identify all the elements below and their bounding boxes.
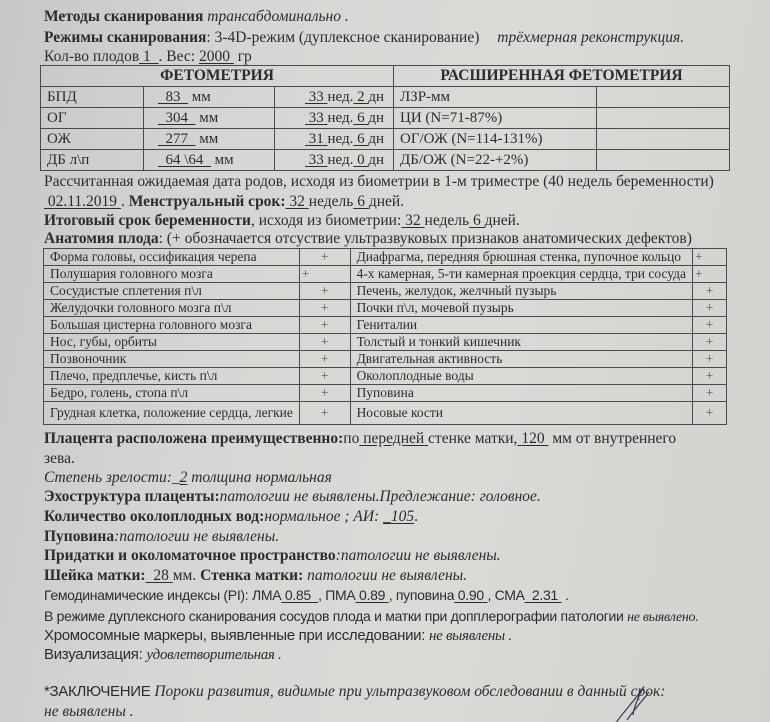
adnexa-line: Придатки и околоматочное пространство:па… xyxy=(44,547,501,565)
anatomy-row: Сосудистые сплетения п\л+Печень, желудок… xyxy=(44,283,727,300)
anatomy-right-mark: + xyxy=(693,317,727,334)
placenta-line: Плацента расположена преимущественно:по … xyxy=(44,430,676,448)
anatomy-right-item: Диафрагма, передняя брюшная стенка, пупо… xyxy=(350,249,692,266)
chromosomal-line: Хромосомные маркеры, выявленные при иссл… xyxy=(44,627,512,645)
param-label: БПД xyxy=(41,87,144,108)
ext-param-value xyxy=(597,129,730,150)
anatomy-row: Бедро, голень, стопа п\л+Пуповина+ xyxy=(44,385,727,402)
param-label: ОЖ xyxy=(41,129,144,150)
param-value: 304 мм xyxy=(144,108,275,129)
anatomy-right-mark: + xyxy=(693,334,727,351)
anatomy-left-item: Бедро, голень, стопа п\л xyxy=(44,385,300,402)
param-term: 33 нед. 0 дн xyxy=(275,150,394,171)
ext-param-label: ЛЗР-мм xyxy=(394,87,597,108)
anatomy-left-mark: + xyxy=(299,283,350,300)
param-label: ДБ л\п xyxy=(41,150,144,171)
ext-param-label: ДБ/ОЖ (N=22-+2%) xyxy=(394,150,597,171)
anatomy-row: Грудная клетка, положение сердца, легкие… xyxy=(44,402,727,425)
anatomy-right-item: Носовые кости xyxy=(350,402,692,425)
anatomy-left-item: Плечо, предплечье, кисть п\л xyxy=(44,368,300,385)
fetometry-row: ОГ 304 мм 33 нед. 6 днЦИ (N=71-87%) xyxy=(41,108,730,129)
anatomy-right-mark: + xyxy=(693,249,727,266)
anatomy-right-mark: + xyxy=(693,300,727,317)
anatomy-row: Желудочки головного мозга п\л+Почки п\л,… xyxy=(44,300,727,317)
anatomy-right-item: Пуповина xyxy=(350,385,692,402)
ext-param-value xyxy=(597,87,730,108)
anatomy-left-mark: + xyxy=(299,385,350,402)
final-term-line: Итоговый срок беременности, исходя из би… xyxy=(44,212,520,230)
anatomy-left-mark: + xyxy=(299,266,350,283)
ext-param-label: ЦИ (N=71-87%) xyxy=(394,108,597,129)
conclusion-value-line: не выявлены . xyxy=(44,703,134,721)
anatomy-row: Полушария головного мозга+4-х камерная, … xyxy=(44,266,727,283)
anatomy-right-item: Толстый и тонкий кишечник xyxy=(350,334,692,351)
anatomy-right-mark: + xyxy=(693,351,727,368)
anatomy-left-mark: + xyxy=(299,368,350,385)
anatomy-right-item: Почки п\л, мочевой пузырь xyxy=(350,300,692,317)
anatomy-right-item: Гениталии xyxy=(350,317,692,334)
ext-param-value xyxy=(597,108,730,129)
scan-methods-line: Методы сканирования трансабдоминально . xyxy=(44,8,349,26)
cervix-line: Шейка матки: 28 мм. Стенка матки: патоло… xyxy=(44,567,467,585)
doppler-line: В режиме дуплексного сканирования сосудо… xyxy=(44,607,698,627)
anatomy-left-item: Грудная клетка, положение сердца, легкие xyxy=(44,402,300,425)
anatomy-row: Большая цистерна головного мозга+Генитал… xyxy=(44,317,727,334)
ext-param-label: ОГ/ОЖ (N=114-131%) xyxy=(394,129,597,150)
visualization-line: Визуализация: удовлетворительная . xyxy=(44,646,282,664)
anatomy-left-item: Желудочки головного мозга п\л xyxy=(44,300,300,317)
anatomy-row: Плечо, предплечье, кисть п\л+Околоплодны… xyxy=(44,368,727,385)
anatomy-right-mark: + xyxy=(693,385,727,402)
fetometry-table: ФЕТОМЕТРИЯ РАСШИРЕННАЯ ФЕТОМЕТРИЯ БПД 83… xyxy=(40,65,730,171)
anatomy-right-mark: + xyxy=(693,402,727,425)
amniotic-fluid-line: Количество околоплодных вод:нормальное ;… xyxy=(44,508,418,526)
ext-param-value xyxy=(597,150,730,171)
param-value: 64 \64 мм xyxy=(144,150,275,171)
anatomy-left-mark: + xyxy=(299,317,350,334)
param-term: 31 нед. 6 дн xyxy=(275,129,394,150)
maturity-line: Степень зрелости:_2 толщина нормальная xyxy=(44,469,332,487)
hemodynamics-line: Гемодинамические индексы (PI): ЛМА 0.85 … xyxy=(44,586,569,604)
anatomy-left-item: Сосудистые сплетения п\л xyxy=(44,283,300,300)
menstrual-line: 02.11.2019 . Менструальный срок: 32 неде… xyxy=(44,193,404,211)
param-value: 277 мм xyxy=(144,129,275,150)
cord-line: Пуповина:патологии не выявлены. xyxy=(44,528,279,546)
anatomy-left-mark: + xyxy=(299,300,350,317)
param-label: ОГ xyxy=(41,108,144,129)
anatomy-left-item: Большая цистерна головного мозга xyxy=(44,317,300,334)
anatomy-heading: Анатомия плода: (+ обозначается отсустви… xyxy=(44,230,692,248)
fetometry-row: БПД 83 мм 33 нед. 2 днЛЗР-мм xyxy=(41,87,730,108)
anatomy-right-mark: + xyxy=(693,368,727,385)
scan-modes-line: Режимы сканирования: 3-4D-режим (дуплекс… xyxy=(44,29,684,47)
anatomy-left-item: Позвоночник xyxy=(44,351,300,368)
param-term: 33 нед. 6 дн xyxy=(275,108,394,129)
anatomy-left-mark: + xyxy=(299,249,350,266)
fetus-count-line: Кол-во плодов 1 . Вес: 2000 гр xyxy=(44,48,252,66)
anatomy-left-mark: + xyxy=(299,334,350,351)
conclusion-line: *ЗАКЛЮЧЕНИЕ Пороки развития, видимые при… xyxy=(44,683,665,701)
anatomy-left-item: Форма головы, оссификация черепа xyxy=(44,249,300,266)
anatomy-row: Форма головы, оссификация черепа+Диафраг… xyxy=(44,249,727,266)
anatomy-right-item: Печень, желудок, желчный пузырь xyxy=(350,283,692,300)
anatomy-left-mark: + xyxy=(299,402,350,425)
anatomy-table: Форма головы, оссификация черепа+Диафраг… xyxy=(43,248,727,425)
edd-value: 02.11.2019 xyxy=(44,193,121,210)
fetus-count-value: 1 xyxy=(139,48,158,65)
fetometry-title: ФЕТОМЕТРИЯ xyxy=(41,66,394,87)
fetometry-row: ДБ л\п 64 \64 мм 33 нед. 0 днДБ/ОЖ (N=22… xyxy=(41,150,730,171)
placenta-line-2: зева. xyxy=(44,450,75,468)
anatomy-right-item: Двигательная активность xyxy=(350,351,692,368)
extended-fetometry-title: РАСШИРЕННАЯ ФЕТОМЕТРИЯ xyxy=(394,66,730,87)
anatomy-row: Нос, губы, орбиты+Толстый и тонкий кишеч… xyxy=(44,334,727,351)
echostructure-line: Эхоструктура плаценты:патологии не выявл… xyxy=(44,488,541,506)
anatomy-right-item: 4-х камерная, 5-ти камерная проекция сер… xyxy=(350,266,692,283)
weight-value: 2000 xyxy=(199,48,234,65)
anatomy-left-mark: + xyxy=(299,351,350,368)
anatomy-right-item: Околоплодные воды xyxy=(350,368,692,385)
signature-icon xyxy=(605,680,685,722)
fetometry-row: ОЖ 277 мм 31 нед. 6 днОГ/ОЖ (N=114-131%) xyxy=(41,129,730,150)
anatomy-row: Позвоночник+Двигательная активность+ xyxy=(44,351,727,368)
ultrasound-report: Методы сканирования трансабдоминально . … xyxy=(0,0,770,722)
anatomy-left-item: Полушария головного мозга xyxy=(44,266,300,283)
param-value: 83 мм xyxy=(144,87,275,108)
edd-line: Рассчитанная ожидаемая дата родов, исход… xyxy=(44,173,714,191)
param-term: 33 нед. 2 дн xyxy=(275,87,394,108)
anatomy-right-mark: + xyxy=(693,283,727,300)
anatomy-right-mark: + xyxy=(693,266,727,283)
anatomy-left-item: Нос, губы, орбиты xyxy=(44,334,300,351)
